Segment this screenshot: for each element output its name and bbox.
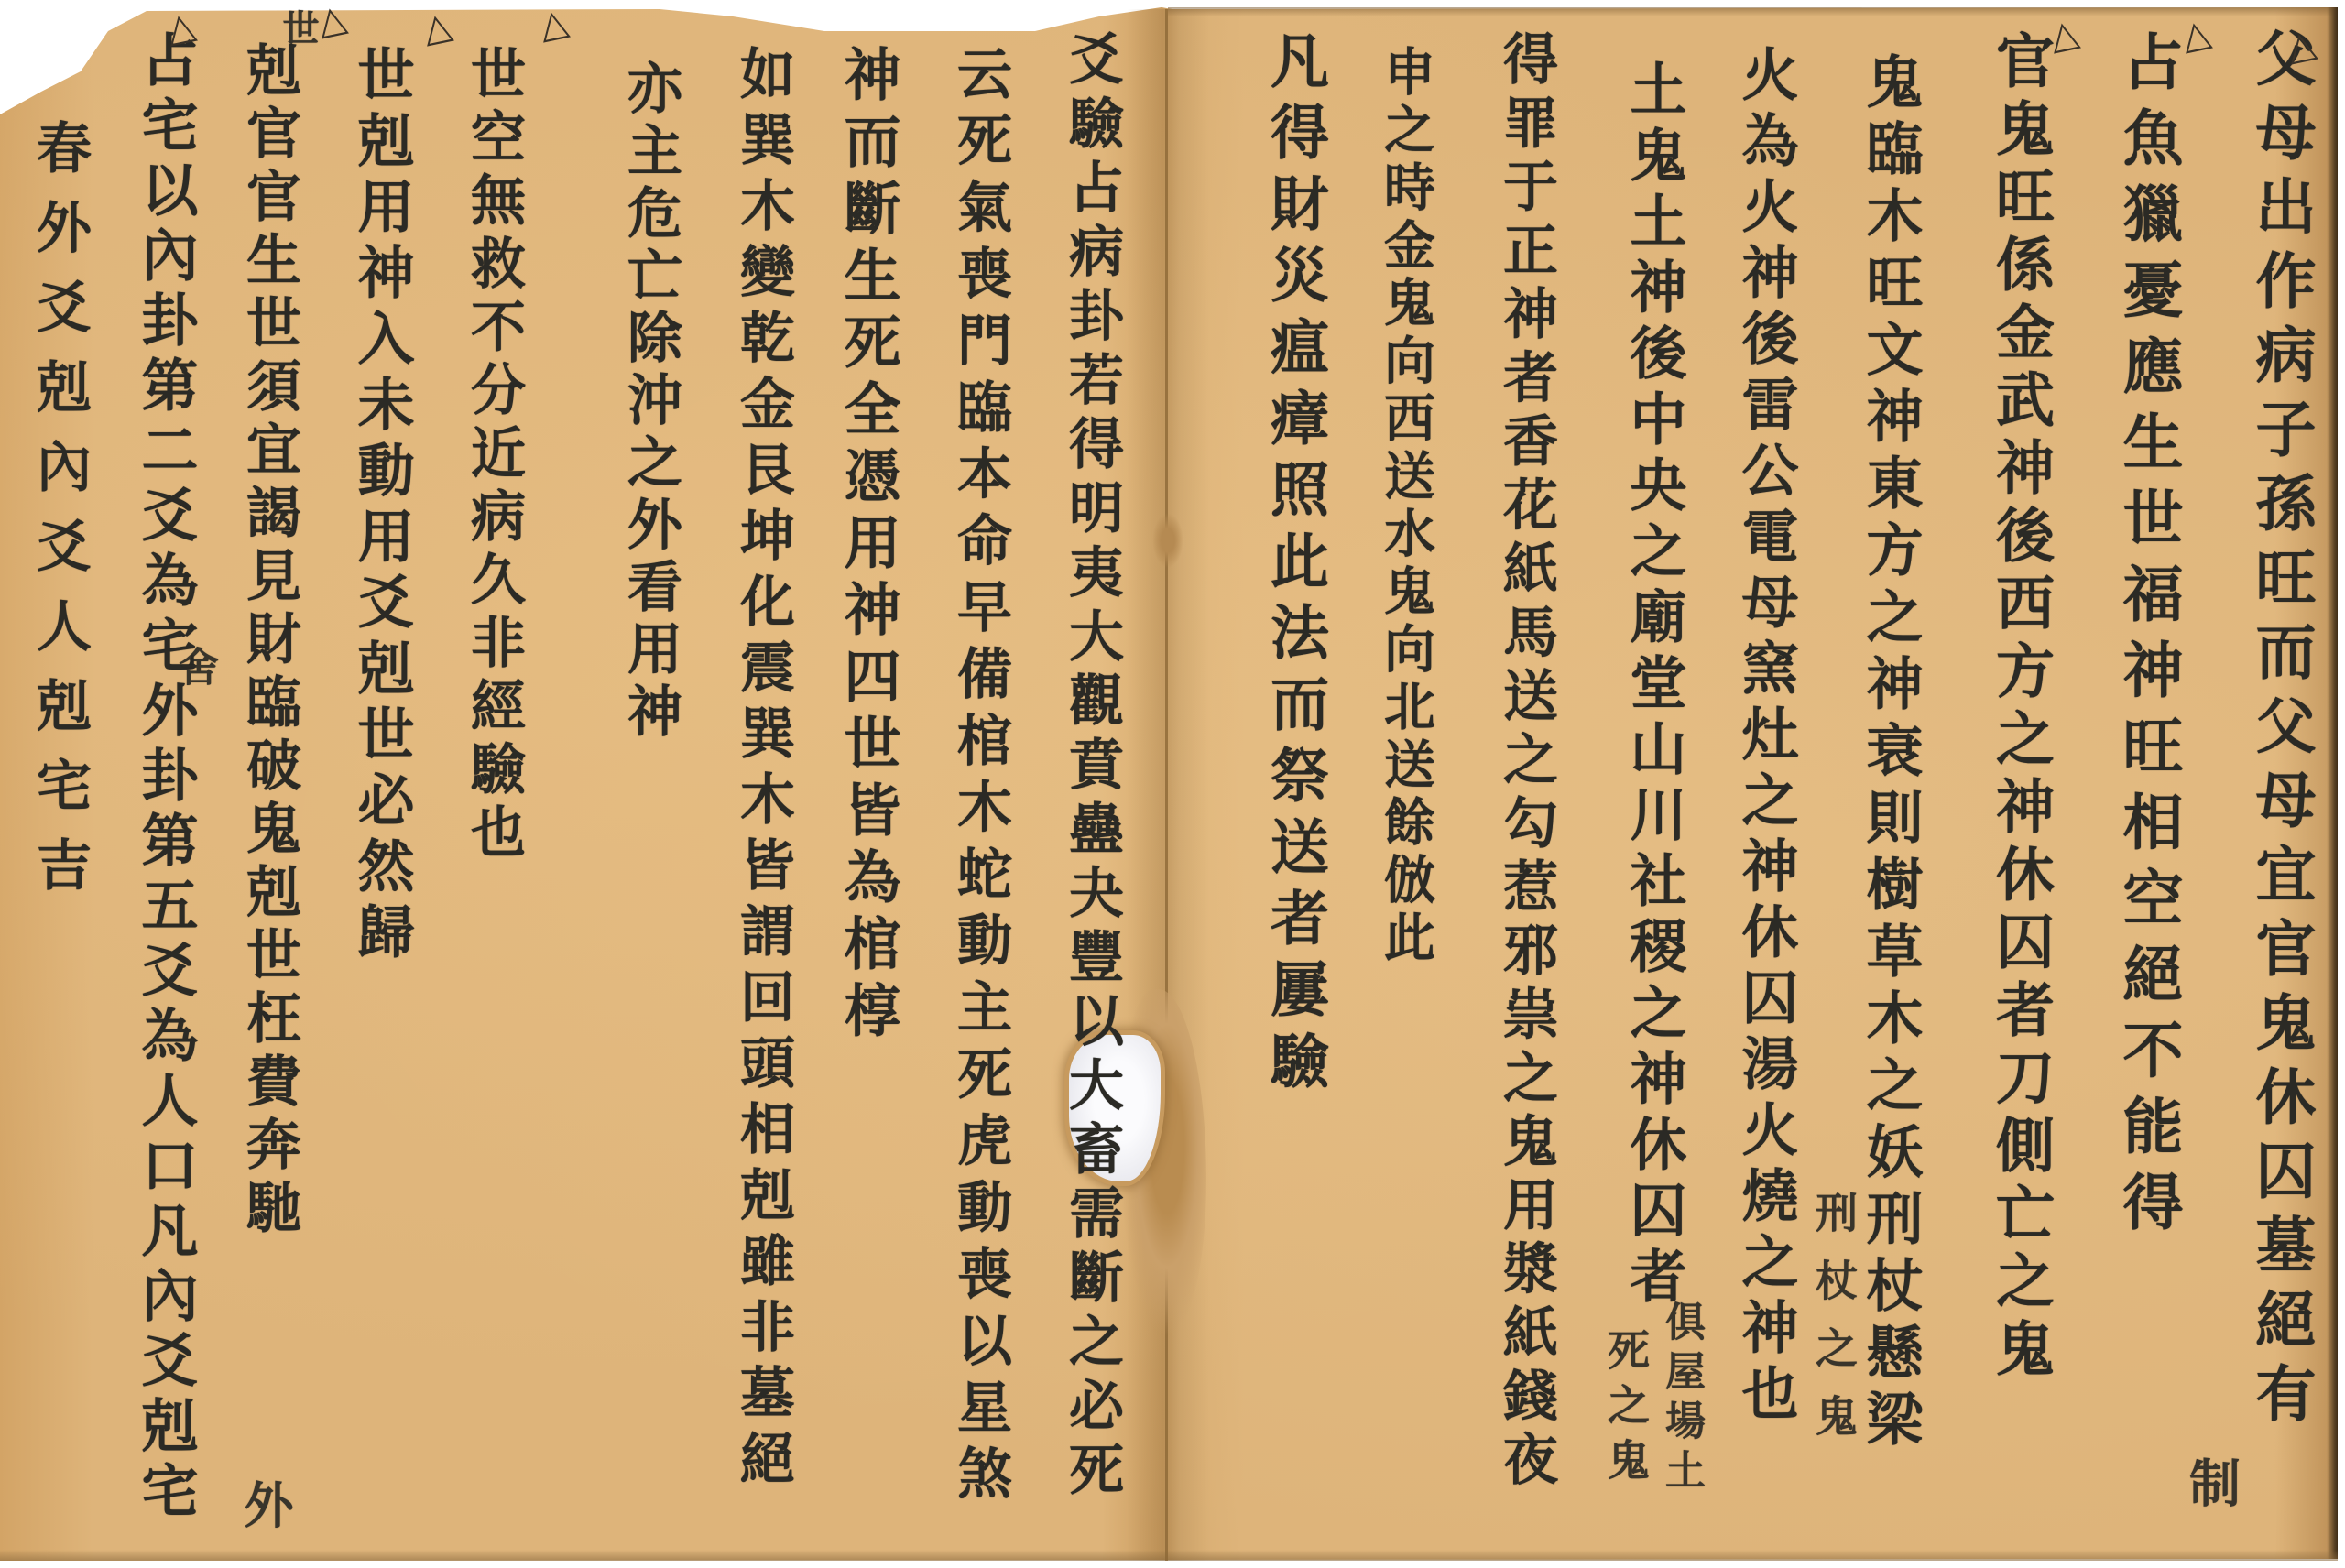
- right-column-1-annotation: 制: [2186, 1456, 2237, 1508]
- page-right-edge: [2327, 7, 2338, 1559]
- right-column-6: 土鬼土神後中央之廟堂山川社稷之神休囚者: [1625, 60, 1682, 1312]
- left-column-1: 爻驗占病卦若得明夷大觀賁蠱夬豐以大畜需斷之必死: [1064, 30, 1119, 1505]
- right-column-7: 得罪于正神者香花紙馬送之勾惹邪祟之鬼用漿紙錢夜: [1499, 30, 1554, 1495]
- left-column-2: 云死氣喪門臨本命早備棺木蛇動主死虎動喪以星煞: [953, 45, 1008, 1512]
- right-column-6-annotation-b: 死之鬼: [1605, 1328, 1647, 1493]
- left-column-8-insertion: 世: [279, 9, 316, 46]
- right-column-8: 申之時金鬼向西送水鬼向北送餘倣此: [1380, 45, 1432, 968]
- right-column-2: 占魚獵憂應生世福神旺相空絕不能得: [2118, 30, 2178, 1247]
- spine-tear-upper: [1152, 513, 1183, 568]
- left-column-5: 亦主危亡除沖之外看用神: [623, 60, 678, 745]
- left-column-7: 世剋用神入未動用爻剋世必然歸: [353, 45, 409, 968]
- left-column-3: 神而斷生死全憑用神四世皆為棺椁: [839, 45, 896, 1048]
- right-column-6-annotation-a: 俱屋場土: [1661, 1301, 1701, 1498]
- right-column-4: 鬼臨木旺文神東方之神衰則樹草木之妖刑杖懸梁: [1861, 52, 1918, 1456]
- right-column-4-annotation: 刑杖之鬼: [1813, 1191, 1855, 1462]
- right-column-3: 官鬼旺係金武神後西方之神休囚者刀側亡之鬼: [1991, 30, 2049, 1386]
- left-column-4: 如巽木變乾金艮坤化震巽木皆謂回頭相剋雖非墓絕: [736, 45, 791, 1496]
- left-column-9-annotation-a: 舍: [174, 646, 214, 686]
- left-column-9: 占宅以內卦第二爻為宅外卦第五爻為人口凡內爻剋宅: [136, 30, 193, 1526]
- right-column-1: 父母出作病子孫旺而父母宜官鬼休囚墓絕有: [2251, 27, 2311, 1436]
- left-column-9-annotation-b: 外: [241, 1479, 290, 1529]
- left-column-10: 春外爻剋內爻人剋宅吉: [32, 119, 87, 916]
- right-column-9: 凡得財災瘟瘴照此法而祭送者屢驗: [1265, 30, 1324, 1102]
- left-column-8: 剋官官生世須宜謁見財臨破鬼剋世枉費奔馳: [242, 41, 297, 1242]
- right-column-5: 火為火神後雷公電母窯灶之神休囚湯火燒之神也: [1737, 45, 1794, 1430]
- left-column-6: 世空無救不分近病久非經驗也: [466, 45, 521, 866]
- page-top-edge: [1168, 7, 2336, 16]
